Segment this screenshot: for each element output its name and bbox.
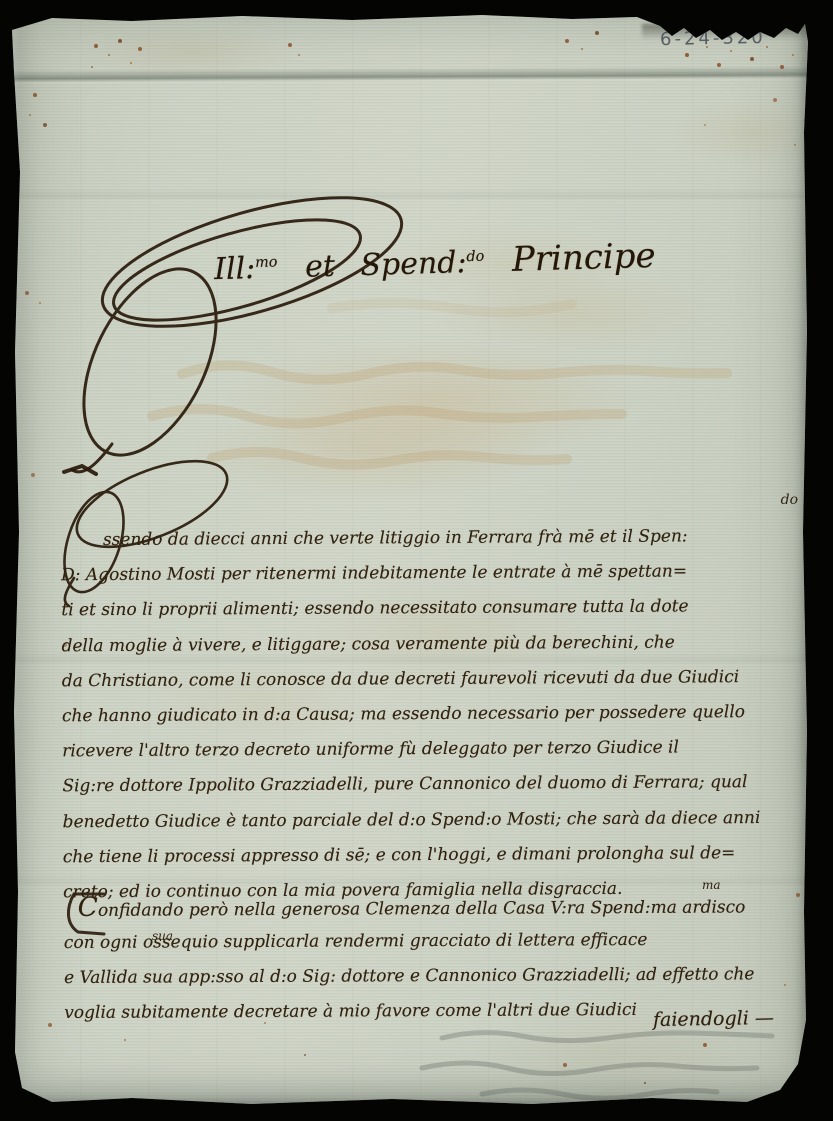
salutation-word-2: et — [305, 249, 336, 285]
fold-crease-top — [12, 66, 808, 86]
closing-word: faiendogli — — [653, 1007, 774, 1031]
body-line: Sig:re dottore Ippolito Grazziadelli, pu… — [62, 765, 810, 805]
verso-ghost-writing — [422, 1032, 772, 1098]
fold-crease-faint-1 — [12, 188, 808, 204]
floating-superscript: ma — [702, 878, 721, 892]
salutation-word-3: Spend: — [360, 245, 467, 283]
archive-number: 6-24-320 — [660, 27, 766, 50]
salutation-word-4: Principe — [511, 236, 656, 280]
body-line: benedetto Giudice è tanto parciale del d… — [63, 800, 811, 840]
body-line: ricevere l'altro terzo decreto uniforme … — [62, 730, 810, 770]
body-line: ti et sino li proprii alimenti; essendo … — [61, 589, 809, 629]
salutation-flourish — [57, 171, 415, 476]
salutation-sup-3: do — [466, 249, 484, 265]
body-line: con ogni ossequio supplicarla rendermi g… — [64, 922, 812, 961]
salutation-sup-1: mo — [255, 254, 278, 271]
bleedthrough-stain — [152, 303, 727, 465]
salutation-word-1: Ill: — [214, 251, 256, 287]
body-line: ssendo da diecci anni che verte litiggio… — [61, 519, 809, 559]
body-line: da Christiano, come li conosce da due de… — [62, 659, 810, 699]
floating-superscript: sua — [152, 929, 173, 943]
manuscript-page: 6-24-320 Ill:mo et Spend:do Principe do … — [12, 12, 808, 1106]
body-line: che tiene li processi appresso di sē; e … — [63, 835, 811, 875]
body-line: della moglie à vivere, e litiggare; cosa… — [61, 624, 809, 664]
body-line: e Vallida sua app:sso al d:o Sig: dottor… — [64, 957, 812, 996]
salutation: Ill:mo et Spend:do Principe — [214, 236, 657, 288]
body-line: D: Agostino Mosti per ritenermi indebita… — [61, 554, 809, 594]
photograph-frame: 6-24-320 Ill:mo et Spend:do Principe do … — [0, 0, 833, 1121]
body-line: Confidando però nella generosa Clemenza … — [64, 887, 812, 926]
body-paragraph-1: ssendo da diecci anni che verte litiggio… — [61, 519, 811, 911]
body-line: che hanno giudicato in d:a Causa; ma ess… — [62, 695, 810, 735]
catchword: do — [781, 492, 798, 508]
